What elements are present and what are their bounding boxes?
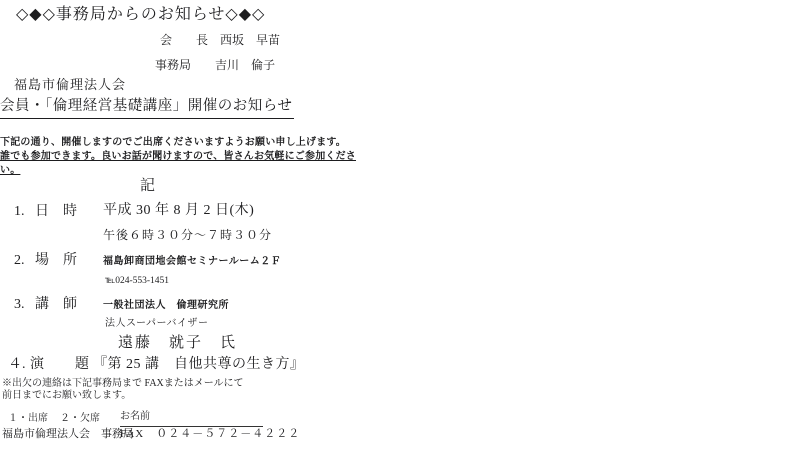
rsvp-note-line-2: 前日までにお願い致します。: [2, 390, 131, 402]
footer-fax-number: FAX ０２４－５７２－４２２２: [120, 428, 300, 441]
item3-label-lecturer: 講 師: [35, 297, 77, 314]
organization-name: 福島市倫理法人会: [14, 77, 126, 93]
item2-venue-value: 福島卸商団地会館セミナールーム２Ｆ: [103, 256, 281, 268]
item3-number: 3.: [14, 297, 25, 314]
intro-line-3: い。: [0, 165, 20, 177]
item3-lecturer-name: 遠藤 就子 氏: [118, 334, 237, 352]
notice-heading: 会員・「倫理経営基礎講座」開催のお知らせ: [0, 98, 294, 119]
item2-number: 2.: [14, 253, 25, 270]
item2-label-place: 場 所: [35, 253, 77, 270]
intro-line-1: 下記の通り、開催しますのでご出席くださいますようお願い申し上げます。: [0, 137, 346, 149]
footer-organization: 福島市倫理法人会 事務局: [2, 428, 134, 441]
reply-absent-option: ２・欠席: [60, 413, 100, 425]
record-marker: 記: [140, 177, 155, 195]
item1-time-value: 午後６時３０分～７時３０分: [103, 228, 272, 242]
item1-date-value: 平成 30 年 8 月 2 日(木): [103, 203, 254, 220]
item3-affiliation-value: 一般社団法人 倫理研究所: [103, 300, 229, 312]
item2-phone-value: ℡024-553-1451: [105, 276, 169, 287]
item1-label-datetime: 日 時: [35, 204, 77, 221]
item4-number: ４.: [8, 357, 26, 374]
item4-topic-value: 『第 25 講 自他共尊の生き方』: [93, 357, 305, 374]
officer-chairman-line: 会 長 西坂 早苗: [160, 33, 280, 47]
item1-number: 1.: [14, 204, 25, 221]
reply-attend-option: １・出席: [8, 413, 48, 425]
officer-secretariat-line: 事務局 吉川 倫子: [155, 58, 275, 72]
intro-line-2: 誰でも参加できます。良いお話が聞けますので、皆さんお気軽にご参加くださ: [0, 151, 356, 163]
rsvp-note-line-1: ※出欠の連絡は下記事務局まで FAXまたはメールにて: [2, 378, 244, 390]
item3-position-value: 法人スーパーバイザー: [105, 318, 209, 330]
document-title: ◇◆◇事務局からのお知らせ◇◆◇: [16, 5, 265, 24]
notice-document: ◇◆◇事務局からのお知らせ◇◆◇ 会 長 西坂 早苗 事務局 吉川 倫子 福島市…: [0, 0, 800, 450]
item4-label-topic: 演 題: [30, 357, 90, 374]
reply-name-field: お名前: [120, 411, 263, 427]
